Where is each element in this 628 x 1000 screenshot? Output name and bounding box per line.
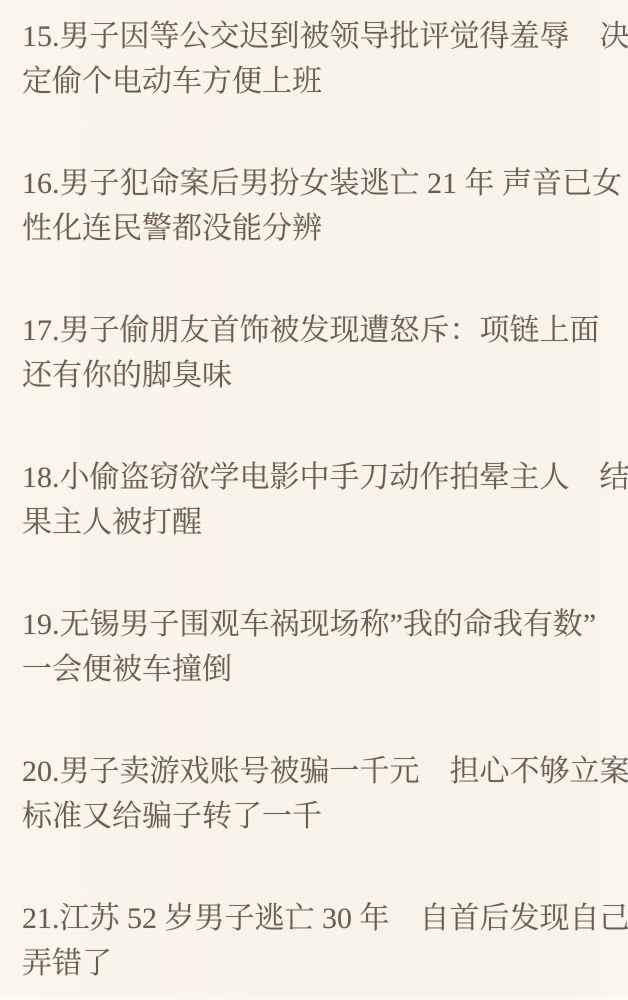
headline-line: 17.男子偷朋友首饰被发现遭怒斥：项链上面: [22, 308, 604, 353]
headline-line: 18.小偷盗窃欲学电影中手刀动作拍晕主人 结: [22, 455, 604, 500]
headline-item-20: 20.男子卖游戏账号被骗一千元 担心不够立案标准又给骗子转了一千: [22, 749, 604, 839]
headline-item-21: 21.江苏 52 岁男子逃亡 30 年 自首后发现自己弄错了: [22, 896, 604, 986]
headline-line: 15.男子因等公交迟到被领导批评觉得羞辱 决: [22, 14, 604, 59]
headline-list: 15.男子因等公交迟到被领导批评觉得羞辱 决定偷个电动车方便上班16.男子犯命案…: [0, 0, 628, 986]
headline-line: 定偷个电动车方便上班: [22, 59, 604, 104]
headline-line: 19.无锡男子围观车祸现场称”我的命我有数”: [22, 602, 604, 647]
article-page: 15.男子因等公交迟到被领导批评觉得羞辱 决定偷个电动车方便上班16.男子犯命案…: [0, 0, 628, 1000]
headline-line: 还有你的脚臭味: [22, 353, 604, 398]
headline-line: 一会便被车撞倒: [22, 647, 604, 692]
headline-item-15: 15.男子因等公交迟到被领导批评觉得羞辱 决定偷个电动车方便上班: [22, 14, 604, 104]
headline-item-19: 19.无锡男子围观车祸现场称”我的命我有数”一会便被车撞倒: [22, 602, 604, 692]
headline-line: 21.江苏 52 岁男子逃亡 30 年 自首后发现自己: [22, 896, 604, 941]
headline-line: 20.男子卖游戏账号被骗一千元 担心不够立案: [22, 749, 604, 794]
headline-item-16: 16.男子犯命案后男扮女装逃亡 21 年 声音已女性化连民警都没能分辨: [22, 161, 604, 251]
headline-item-18: 18.小偷盗窃欲学电影中手刀动作拍晕主人 结果主人被打醒: [22, 455, 604, 545]
headline-line: 性化连民警都没能分辨: [22, 206, 604, 251]
headline-item-17: 17.男子偷朋友首饰被发现遭怒斥：项链上面还有你的脚臭味: [22, 308, 604, 398]
headline-line: 果主人被打醒: [22, 500, 604, 545]
headline-line: 16.男子犯命案后男扮女装逃亡 21 年 声音已女: [22, 161, 604, 206]
headline-line: 标准又给骗子转了一千: [22, 794, 604, 839]
headline-line: 弄错了: [22, 941, 604, 986]
